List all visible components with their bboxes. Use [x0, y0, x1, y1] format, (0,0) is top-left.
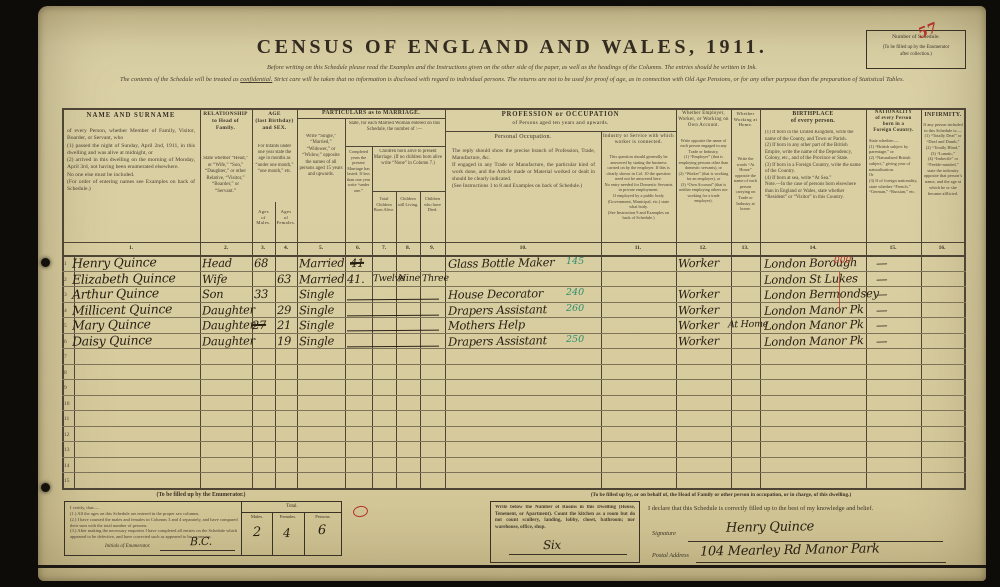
rooms-line	[509, 554, 627, 555]
column-number: 14.	[805, 245, 821, 251]
cell-relationship: Son	[202, 287, 224, 301]
grid-line	[964, 108, 966, 488]
cell-age_f: 21	[277, 318, 291, 332]
grid-line	[345, 146, 445, 147]
cell-name: Daisy Quince	[72, 333, 152, 348]
column-number: 7.	[376, 245, 392, 251]
cell-marital: Married	[299, 256, 345, 271]
cell-occupation: House Decorator	[448, 286, 543, 302]
cell-occupation: Glass Bottle Maker	[448, 255, 555, 271]
totals-females-value: 4	[283, 526, 291, 540]
cell-name: Arthur Quince	[72, 286, 159, 302]
row-number: 5	[64, 323, 67, 329]
grid-line	[345, 118, 346, 488]
grid-line	[676, 108, 677, 488]
totals-title: Total.	[242, 504, 342, 509]
grid-line	[297, 108, 298, 488]
grid-line	[731, 108, 732, 488]
cell-relationship: Daughter	[202, 302, 255, 317]
cell-marital: Single	[299, 287, 334, 302]
enumerator-initials-value: B.C.	[190, 535, 212, 549]
cell-nat_dash: —	[876, 256, 887, 270]
cell-nat_dash: —	[876, 318, 887, 332]
cell-living: Nine	[398, 271, 420, 285]
row-number: 11	[64, 416, 69, 422]
rooms-instruction: Write below the Number of Rooms in this …	[495, 505, 635, 537]
address-line	[696, 562, 946, 563]
grid-line	[297, 118, 445, 119]
grid-line	[396, 191, 397, 488]
enumerator-box: I certify, that:— (1.) All the ages on t…	[64, 501, 342, 556]
cell-birthplace: London Manor Pk	[764, 333, 864, 349]
cell-status: Worker	[678, 333, 719, 348]
totals-persons-value: 6	[318, 524, 326, 538]
cell-relationship: Head	[202, 256, 232, 271]
cell-status: Worker	[678, 256, 719, 271]
cell-years: 41.	[347, 271, 365, 285]
signature-label: Signature	[652, 530, 676, 537]
cell-died: Three	[422, 271, 449, 285]
initials-line	[160, 550, 235, 551]
red-check-line	[839, 272, 840, 310]
column-number: 15.	[885, 245, 901, 251]
grid-line	[921, 108, 922, 488]
cell-nat_dash: —	[876, 334, 887, 348]
column-number: 8.	[400, 245, 416, 251]
cell-birthplace: London Manor Pk	[764, 302, 864, 318]
ink-dash	[347, 314, 439, 316]
grid-line	[62, 364, 966, 365]
cell-birthplace: London Bermondsey	[764, 286, 879, 302]
grid-line	[62, 108, 966, 110]
ink-dash	[347, 345, 439, 347]
grid-line	[62, 488, 966, 490]
cell-name: Millicent Quince	[72, 302, 172, 318]
cell-marital: Single	[299, 318, 334, 333]
cell-years_struck: 41	[350, 256, 364, 270]
column-number: 4.	[278, 245, 294, 251]
grid-line	[252, 108, 253, 488]
census-form-paper: Number of Schedule. (To be filled up by …	[38, 6, 986, 581]
enumerator-certify-text: I certify, that:— (1.) All the ages on t…	[70, 505, 238, 543]
grid-line	[62, 242, 966, 243]
column-number: 11.	[630, 245, 646, 251]
grid-line	[62, 472, 966, 473]
address-label: Postal Address	[652, 552, 689, 559]
enumerator-initials-label: Initials of Enumerator.	[105, 544, 150, 549]
row-number: 14	[64, 463, 70, 469]
totals-persons-label: Persons.	[304, 514, 342, 519]
rooms-box: Write below the Number of Rooms in this …	[490, 501, 640, 563]
cell-marital: Married	[299, 271, 345, 286]
cell-relationship: Wife	[202, 271, 227, 285]
ink-dash	[347, 330, 439, 332]
cell-name: Henry Quince	[72, 255, 157, 270]
column-number: 9.	[424, 245, 440, 251]
row-number: 13	[64, 447, 70, 453]
cell-occupation: Drapers Assistant	[448, 333, 547, 349]
cell-occupation: Mothers Help	[448, 317, 525, 332]
signature-value: Henry Quince	[726, 520, 814, 536]
row-number: 12	[64, 432, 70, 438]
ink-dash	[347, 299, 439, 301]
bottom-rule	[38, 565, 986, 568]
cell-status: Worker	[678, 287, 719, 302]
column-number: 12.	[695, 245, 711, 251]
grid-line	[62, 395, 966, 396]
grid-line	[62, 410, 966, 411]
declaration-statement: I declare that this Schedule is correctl…	[648, 505, 964, 512]
row-number: 8	[64, 370, 67, 376]
cell-age_m: 33	[254, 287, 268, 301]
cell-age_f: 63	[277, 271, 291, 285]
cell-relationship: Daughter	[202, 333, 255, 348]
totals-title-rule	[242, 512, 342, 513]
column-number: 10.	[515, 245, 531, 251]
cell-age_f: 29	[277, 302, 291, 316]
cell-marital: Single	[299, 302, 334, 317]
grid-line	[445, 131, 676, 132]
column-number: 13.	[737, 245, 753, 251]
cell-at_home: At Home	[728, 318, 768, 333]
cell-status: Worker	[678, 302, 719, 317]
rooms-value: Six	[543, 538, 561, 552]
grid-line	[62, 426, 966, 427]
row-number: 9	[64, 385, 67, 391]
cell-marital: Single	[299, 333, 334, 348]
row-number: 1	[64, 261, 67, 267]
cell-nat_dash: —	[876, 302, 887, 316]
column-number: 3.	[255, 245, 271, 251]
column-number: 1.	[123, 245, 139, 251]
grid-line	[62, 348, 966, 349]
cell-nat_code: 000	[834, 256, 851, 266]
grid-line	[372, 191, 445, 192]
cell-occupation: Drapers Assistant	[448, 302, 547, 318]
cell-birthplace: London Manor Pk	[764, 317, 864, 333]
totals-table: Total. Males. Females. Persons. 2 4 6	[241, 502, 342, 555]
totals-females-label: Females.	[272, 514, 304, 519]
row-number: 6	[64, 339, 67, 345]
enumerator-section-header: (To be filled up by the Enumerator.)	[62, 492, 340, 498]
cell-nat_dash: —	[876, 287, 887, 301]
grid-line	[601, 131, 602, 488]
cell-code: 145	[566, 256, 584, 267]
cell-code: 250	[566, 334, 584, 345]
grid-line	[62, 379, 966, 380]
grid-line	[420, 191, 421, 488]
grid-line	[200, 108, 201, 488]
grid-line	[445, 108, 446, 488]
totals-col-line-2	[304, 512, 305, 555]
column-number: 6.	[350, 245, 366, 251]
grid-line	[62, 457, 966, 458]
row-number: 2	[64, 277, 67, 283]
totals-males-label: Males.	[242, 514, 272, 519]
cell-age_m: 68	[254, 256, 268, 270]
column-number: 16.	[934, 245, 950, 251]
declaration-section-header: (To be filled up by, or on behalf of, th…	[478, 492, 964, 498]
cell-status: Worker	[678, 318, 719, 333]
cell-code: 240	[566, 287, 584, 298]
row-number: 10	[64, 401, 70, 407]
cell-name: Mary Quince	[72, 317, 151, 332]
row-number: 4	[64, 308, 67, 314]
column-number: 2.	[218, 245, 234, 251]
row-number: 7	[64, 354, 67, 360]
cell-name: Elizabeth Quince	[72, 271, 176, 287]
cell-relationship: Daughter	[202, 318, 255, 333]
row-number: 15	[64, 478, 70, 484]
column-number: 5.	[313, 245, 329, 251]
grid-line	[760, 108, 761, 488]
cell-code: 260	[566, 303, 584, 314]
cell-age_f: 19	[277, 334, 291, 348]
cell-nat_dash: —	[876, 271, 887, 285]
cell-birthplace: London St Lukes	[764, 271, 858, 287]
grid-line	[62, 441, 966, 442]
census-scan: Number of Schedule. (To be filled up by …	[0, 0, 1000, 587]
totals-col-line-1	[272, 512, 273, 555]
grid-line	[275, 202, 276, 488]
totals-males-value: 2	[253, 526, 261, 540]
cell-age_m_struck: 27	[252, 318, 266, 332]
row-number: 3	[64, 292, 67, 298]
